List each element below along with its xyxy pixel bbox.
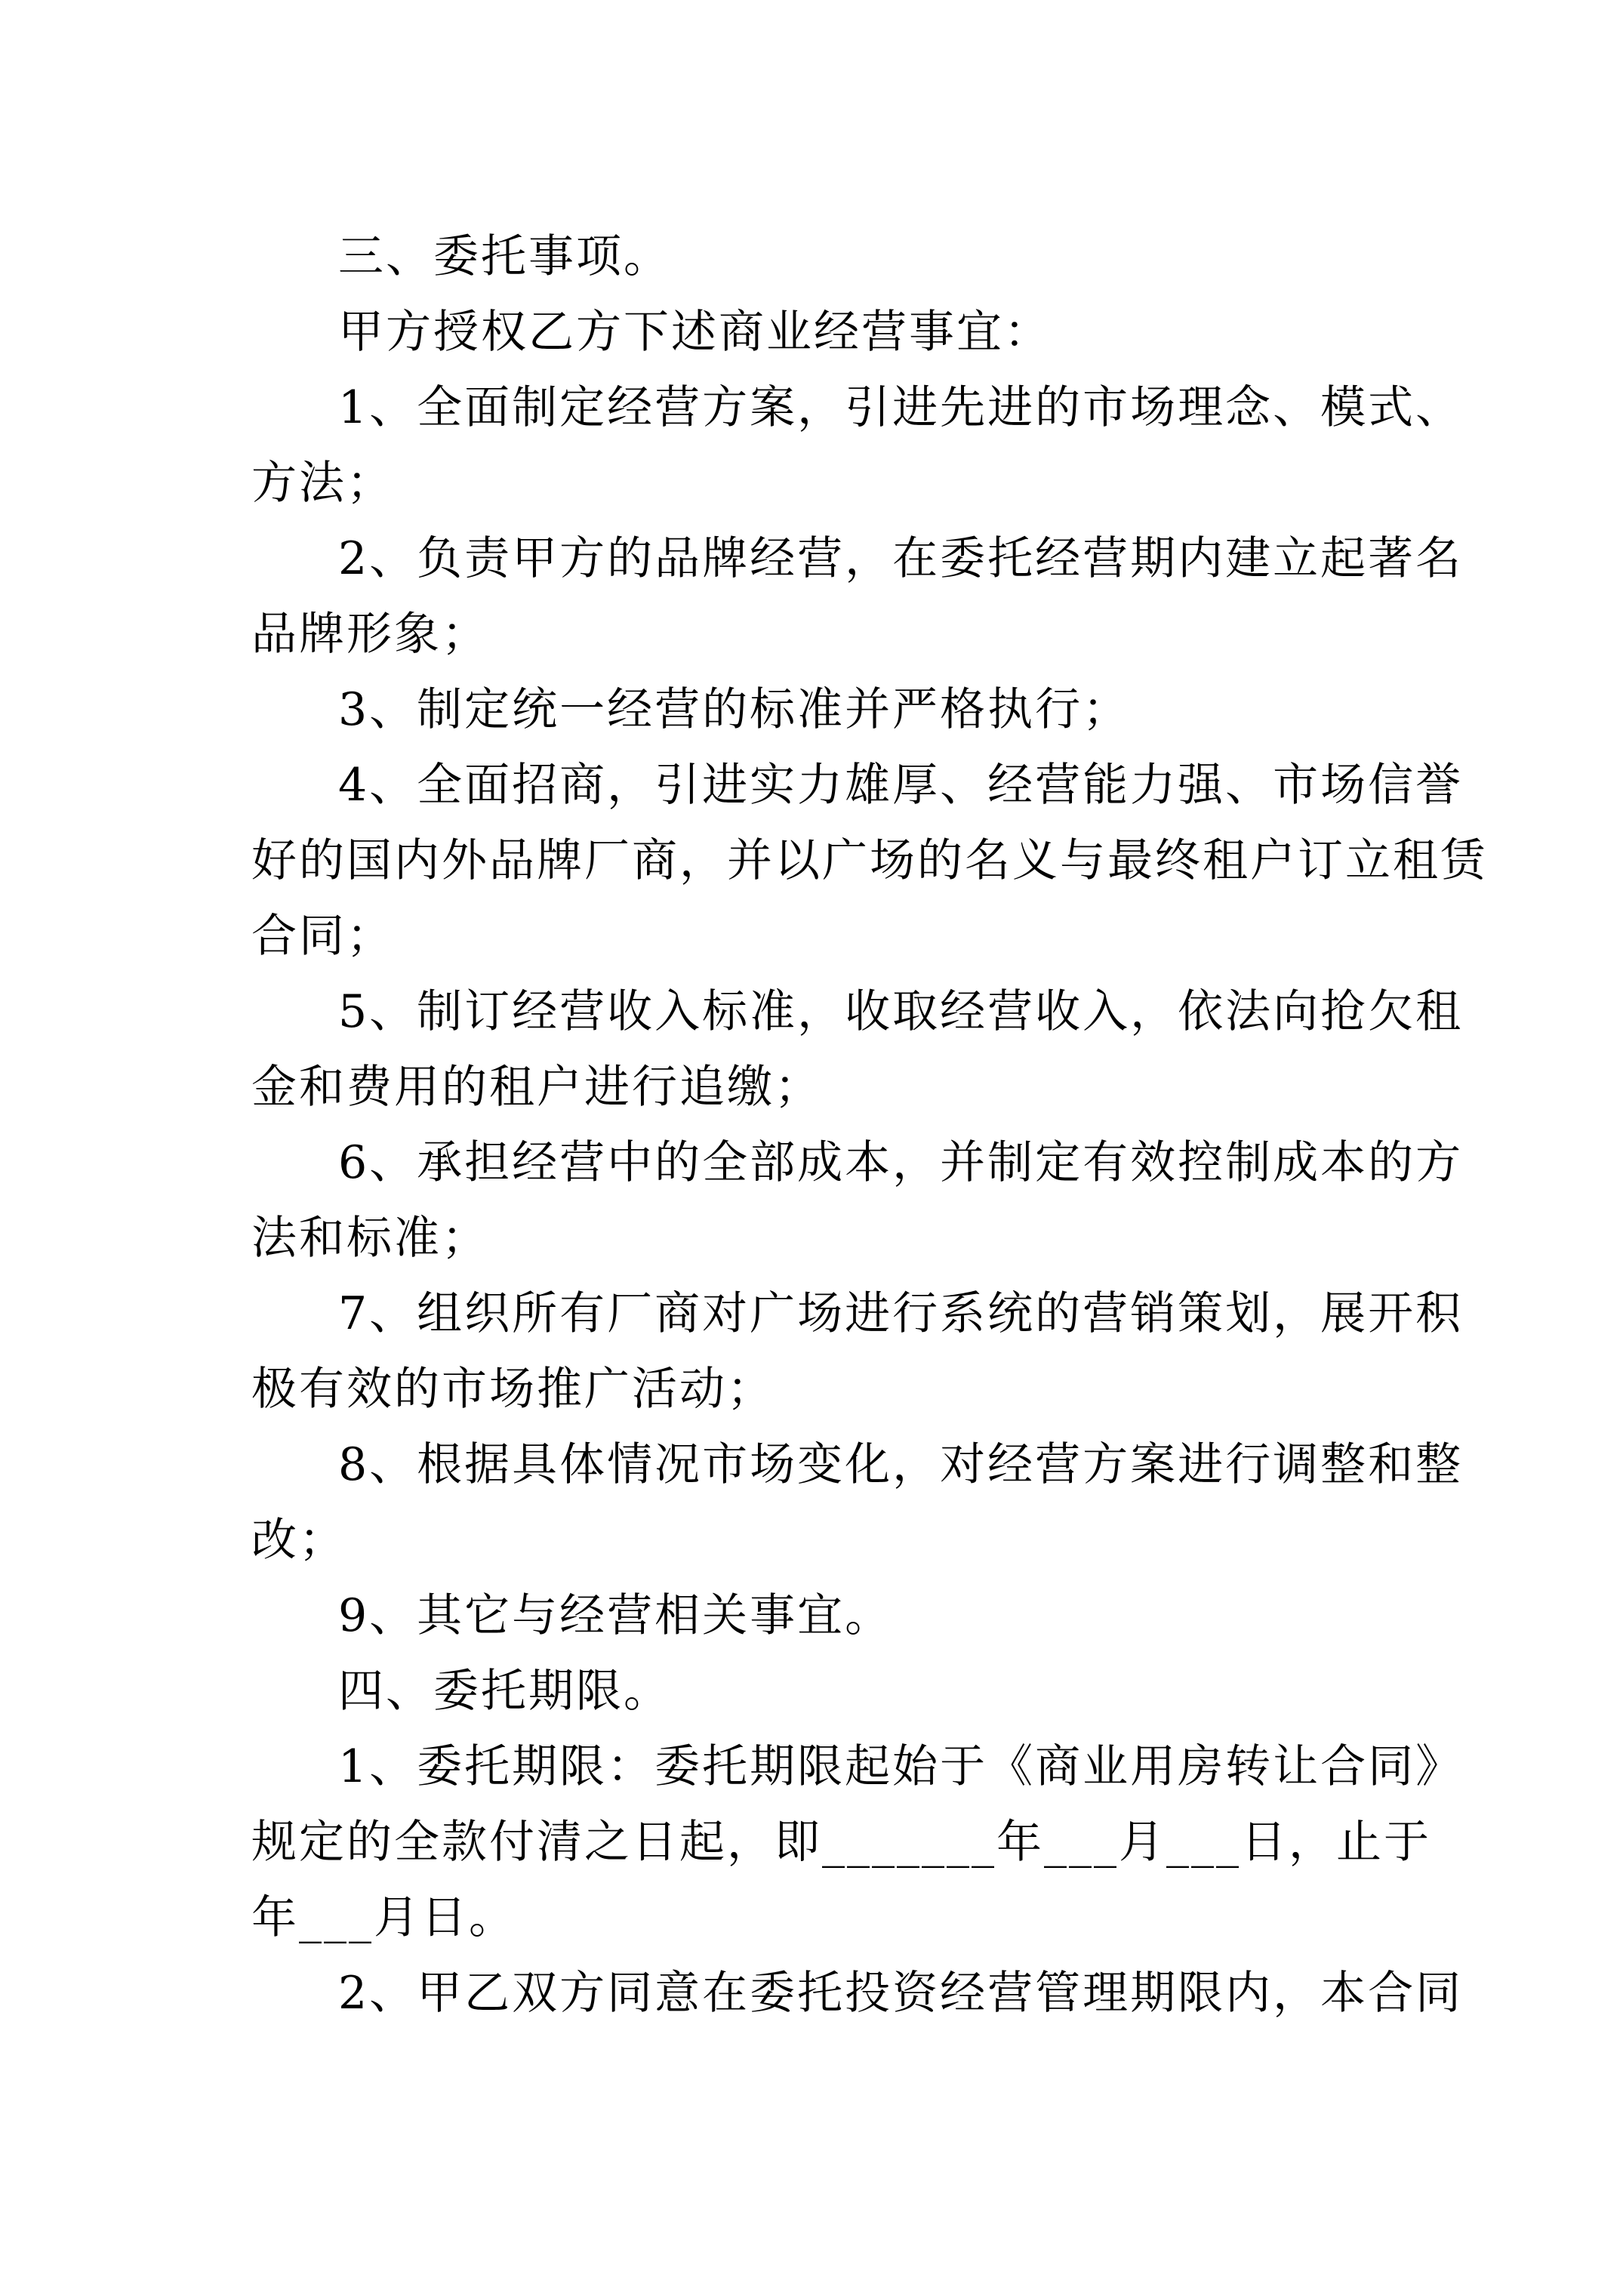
- text-line: 7、组织所有厂商对广场进行系统的营销策划，展开积: [251, 1276, 1444, 1351]
- text-line: 合同；: [251, 898, 1444, 974]
- text-line: 1、全面制定经营方案，引进先进的市场理念、模式、: [251, 370, 1444, 445]
- text-line: 3、制定统一经营的标准并严格执行；: [251, 672, 1444, 747]
- text-line-with-blanks: 年___月日。: [251, 1880, 1444, 1955]
- section-heading-3: 三、委托事项。: [251, 219, 1444, 294]
- text-line: 5、制订经营收入标准，收取经营收入，依法向抢欠租: [251, 974, 1444, 1049]
- text-line: 6、承担经营中的全部成本，并制定有效控制成本的方: [251, 1125, 1444, 1200]
- section-heading-4: 四、委托期限。: [251, 1653, 1444, 1729]
- text-line: 好的国内外品牌厂商，并以广场的名义与最终租户订立租赁: [251, 823, 1444, 898]
- contract-document-page: 三、委托事项。 甲方授权乙方下述商业经营事宜： 1、全面制定经营方案，引进先进的…: [0, 0, 1623, 2296]
- text-line: 2、甲乙双方同意在委托投资经营管理期限内，本合同: [251, 1955, 1444, 2031]
- text-line: 金和费用的租户进行追缴；: [251, 1049, 1444, 1125]
- text-line: 极有效的市场推广活动；: [251, 1351, 1444, 1427]
- text-line: 方法；: [251, 445, 1444, 521]
- text-line: 4、全面招商，引进实力雄厚、经营能力强、市场信誉: [251, 747, 1444, 823]
- text-line: 2、负责甲方的品牌经营，在委托经营期内建立起著名: [251, 521, 1444, 596]
- text-line: 改；: [251, 1502, 1444, 1578]
- text-line: 甲方授权乙方下述商业经营事宜：: [251, 294, 1444, 370]
- text-line: 1、委托期限：委托期限起始于《商业用房转让合同》: [251, 1729, 1444, 1804]
- text-line: 品牌形象；: [251, 596, 1444, 672]
- text-line: 8、根据具体情况市场变化，对经营方案进行调整和整: [251, 1427, 1444, 1502]
- text-line: 9、其它与经营相关事宜。: [251, 1578, 1444, 1653]
- text-line: 法和标准；: [251, 1200, 1444, 1276]
- document-text-block: 三、委托事项。 甲方授权乙方下述商业经营事宜： 1、全面制定经营方案，引进先进的…: [251, 219, 1444, 2031]
- text-line-with-blanks: 规定的全款付清之日起，即_______年___月___日，止于: [251, 1804, 1444, 1880]
